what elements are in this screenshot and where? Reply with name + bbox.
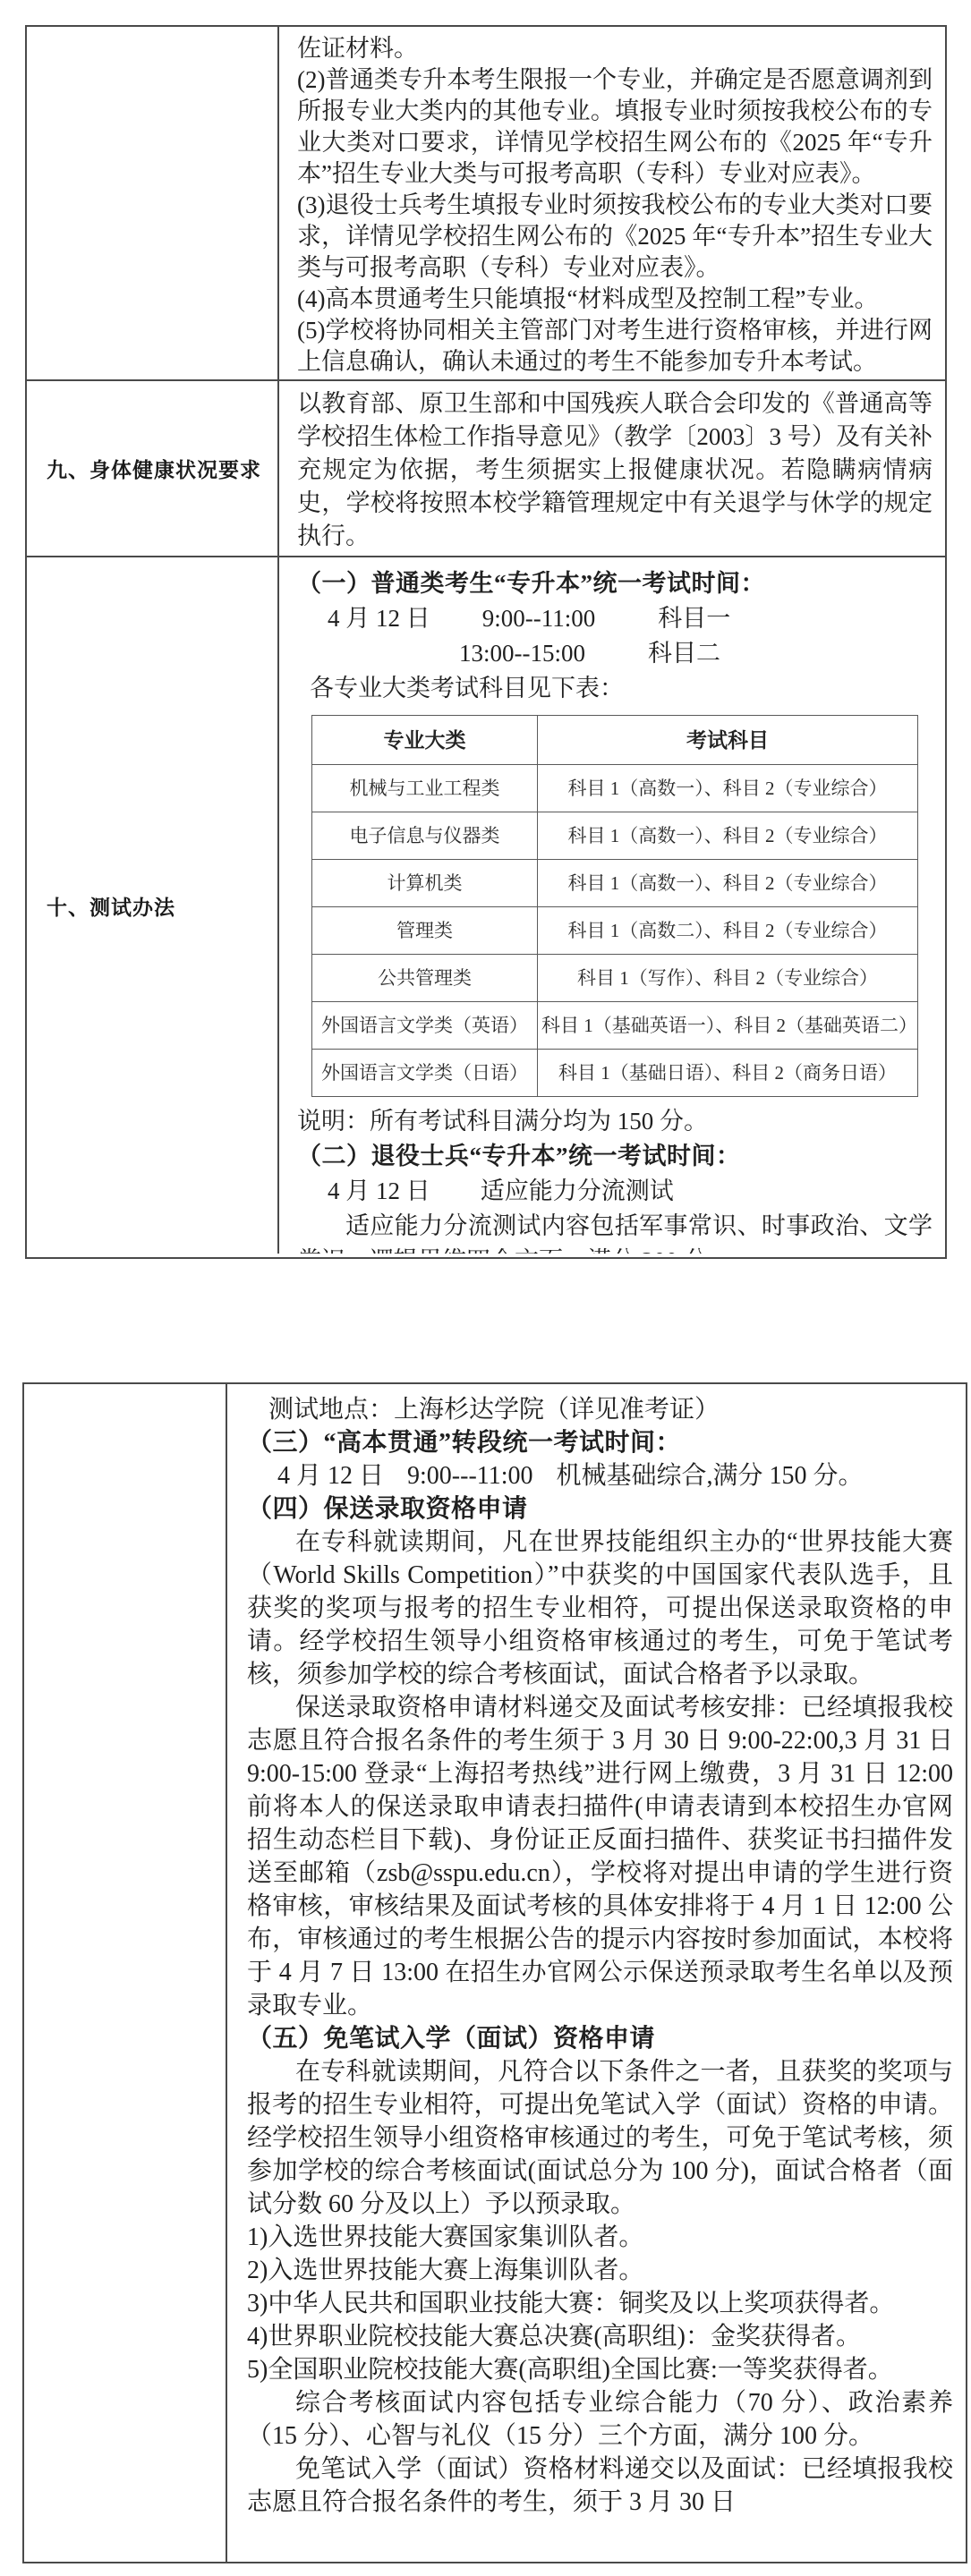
subject-category: 电子信息与仪器类 <box>312 812 538 860</box>
paragraph-health: 以教育部、原卫生部和中国残疾人联合会印发的《普通高等学校招生体检工作指导意见》（… <box>297 387 933 553</box>
paragraph-item-3: (3)退役士兵考生填报专业时须按我校公布的专业大类对口要求，详情见学校招生网公布… <box>297 190 933 284</box>
test-methods-continued-body: 测试地点：上海杉达学院（详见准考证） （三）“高本贯通”转段统一考试时间： 4 … <box>227 1384 966 2562</box>
section3-heading: （三）“高本贯通”转段统一考试时间： <box>247 1426 953 1459</box>
interview-materials-paragraph: 免笔试入学（面试）资格材料递交以及面试：已经填报我校志愿且符合报名条件的考生，须… <box>247 2453 953 2519</box>
transfer-exam-time: 9:00---11:00 <box>407 1459 533 1492</box>
paragraph-item-5: (5)学校将协同相关主管部门对考生进行资格审核，并进行网上信息确认，确认未通过的… <box>297 315 933 378</box>
table-row: 外国语言文学类（英语） 科目 1（基础英语一）、科目 2（基础英语二） <box>312 1002 918 1050</box>
condition-item-5: 5)全国职业院校技能大赛(高职组)全国比赛:一等奖获得者。 <box>247 2353 953 2386</box>
section1-heading: （一）普通类考生“专升本”统一考试时间： <box>297 566 933 601</box>
subject-exams: 科目 1（高数一）、科目 2（专业综合） <box>538 765 918 812</box>
section5-heading: （五）免笔试入学（面试）资格申请 <box>247 2022 953 2055</box>
subject-category: 外国语言文学类（日语） <box>312 1050 538 1097</box>
paragraph-evidence: 佐证材料。 <box>297 33 933 64</box>
table-row: 外国语言文学类（日语） 科目 1（基础日语）、科目 2（商务日语） <box>312 1050 918 1097</box>
interview-exemption-paragraph: 在专科就读期间，凡符合以下条件之一者，且获奖的奖项与报考的招生专业相符，可提出免… <box>247 2055 953 2221</box>
test-location-line: 测试地点：上海杉达学院（详见准考证） <box>247 1393 953 1426</box>
veteran-exam-date: 4 月 12 日 <box>328 1174 430 1209</box>
section2-heading: （二）退役士兵“专升本”统一考试时间： <box>297 1139 933 1174</box>
subjects-table-header-row: 专业大类 考试科目 <box>312 716 918 765</box>
subject-exams: 科目 1（高数二）、科目 2（专业综合） <box>538 907 918 955</box>
exam-date: 4 月 12 日 <box>328 601 430 636</box>
regulations-table: 佐证材料。 (2)普通类专升本考生限报一个专业，并确定是否愿意调剂到所报专业大类… <box>25 25 947 1259</box>
exam-schedule-line-2: 13:00--15:00科目二 <box>297 636 933 671</box>
exam-subject-2: 科目二 <box>648 640 720 667</box>
transfer-exam-subject: 机械基础综合,满分 150 分。 <box>557 1462 864 1490</box>
condition-item-1: 1)入选世界技能大赛国家集训队者。 <box>247 2221 953 2254</box>
exam-schedule-line-1: 4 月 12 日9:00--11:00科目一 <box>297 601 933 636</box>
condition-item-2: 2)入选世界技能大赛上海集训队者。 <box>247 2254 953 2287</box>
subject-exams: 科目 1（基础日语）、科目 2（商务日语） <box>538 1050 918 1097</box>
continuation-body: 佐证材料。 (2)普通类专升本考生限报一个专业，并确定是否愿意调剂到所报专业大类… <box>279 27 945 379</box>
subject-category: 外国语言文学类（英语） <box>312 1002 538 1050</box>
row-label-empty-2 <box>24 1384 227 2562</box>
table-row-test-methods: 十、测试办法 （一）普通类考生“专升本”统一考试时间： 4 月 12 日9:00… <box>27 556 945 1254</box>
row-label-test-methods: 十、测试办法 <box>27 557 279 1254</box>
transfer-exam-date: 4 月 12 日 <box>277 1459 384 1492</box>
subjects-note: 说明：所有考试科目满分均为 150 分。 <box>297 1104 933 1139</box>
condition-item-3: 3)中华人民共和国职业技能大赛：铜奖及以上奖项获得者。 <box>247 2287 953 2320</box>
veteran-test-paragraph: 适应能力分流测试内容包括军事常识、时事政治、文学常识、逻辑思维四个方面，满分 2… <box>297 1209 933 1254</box>
subjects-table-intro: 各专业大类考试科目见下表： <box>297 671 933 706</box>
subject-category: 管理类 <box>312 907 538 955</box>
table-row-health-requirements: 九、身体健康状况要求 以教育部、原卫生部和中国残疾人联合会印发的《普通高等学校招… <box>27 379 945 556</box>
transfer-schedule-line: 4 月 12 日9:00---11:00机械基础综合,满分 150 分。 <box>247 1459 953 1492</box>
row-label-health: 九、身体健康状况要求 <box>27 381 279 556</box>
exam-time-2: 13:00--15:00 <box>459 636 585 671</box>
subject-category: 计算机类 <box>312 860 538 907</box>
table-row: 管理类 科目 1（高数二）、科目 2（专业综合） <box>312 907 918 955</box>
subject-category: 机械与工业工程类 <box>312 765 538 812</box>
subject-exams: 科目 1（基础英语一）、科目 2（基础英语二） <box>538 1002 918 1050</box>
table-row: 电子信息与仪器类 科目 1（高数一）、科目 2（专业综合） <box>312 812 918 860</box>
table-row: 机械与工业工程类 科目 1（高数一）、科目 2（专业综合） <box>312 765 918 812</box>
table-row-test-methods-continued: 测试地点：上海杉达学院（详见准考证） （三）“高本贯通”转段统一考试时间： 4 … <box>24 1384 966 2562</box>
health-body: 以教育部、原卫生部和中国残疾人联合会印发的《普通高等学校招生体检工作指导意见》（… <box>279 381 945 556</box>
subject-exams: 科目 1（高数一）、科目 2（专业综合） <box>538 860 918 907</box>
table-row: 计算机类 科目 1（高数一）、科目 2（专业综合） <box>312 860 918 907</box>
recommendation-paragraph-1: 在专科就读期间，凡在世界技能组织主办的“世界技能大赛（World Skills … <box>247 1526 953 1691</box>
paragraph-item-2: (2)普通类专升本考生限报一个专业，并确定是否愿意调剂到所报专业大类内的其他专业… <box>297 64 933 190</box>
row-label-empty <box>27 27 279 379</box>
recommendation-paragraph-2: 保送录取资格申请材料递交及面试考核安排：已经填报我校志愿且符合报名条件的考生须于… <box>247 1691 953 2022</box>
exam-time-1: 9:00--11:00 <box>482 601 595 636</box>
subjects-table: 专业大类 考试科目 机械与工业工程类 科目 1（高数一）、科目 2（专业综合） … <box>311 715 918 1097</box>
continuation-table: 测试地点：上海杉达学院（详见准考证） （三）“高本贯通”转段统一考试时间： 4 … <box>22 1382 967 2563</box>
subjects-header-exams: 考试科目 <box>538 716 918 765</box>
veteran-exam-name: 适应能力分流测试 <box>481 1177 674 1204</box>
exam-subject-1: 科目一 <box>658 605 730 632</box>
interview-content-paragraph: 综合考核面试内容包括专业综合能力（70 分）、政治素养（15 分）、心智与礼仪（… <box>247 2386 953 2453</box>
table-row-continuation: 佐证材料。 (2)普通类专升本考生限报一个专业，并确定是否愿意调剂到所报专业大类… <box>27 27 945 379</box>
subject-exams: 科目 1（写作）、科目 2（专业综合） <box>538 955 918 1002</box>
subject-category: 公共管理类 <box>312 955 538 1002</box>
scanned-admission-document-page: { "page": { "background": "#ffffff", "bo… <box>0 0 971 2576</box>
subjects-header-category: 专业大类 <box>312 716 538 765</box>
table-row: 公共管理类 科目 1（写作）、科目 2（专业综合） <box>312 955 918 1002</box>
veteran-schedule-line: 4 月 12 日适应能力分流测试 <box>297 1174 933 1209</box>
test-methods-body: （一）普通类考生“专升本”统一考试时间： 4 月 12 日9:00--11:00… <box>279 557 945 1254</box>
paragraph-item-4: (4)高本贯通考生只能填报“材料成型及控制工程”专业。 <box>297 284 933 315</box>
condition-item-4: 4)世界职业院校技能大赛总决赛(高职组)：金奖获得者。 <box>247 2320 953 2353</box>
subject-exams: 科目 1（高数一）、科目 2（专业综合） <box>538 812 918 860</box>
section4-heading: （四）保送录取资格申请 <box>247 1492 953 1526</box>
